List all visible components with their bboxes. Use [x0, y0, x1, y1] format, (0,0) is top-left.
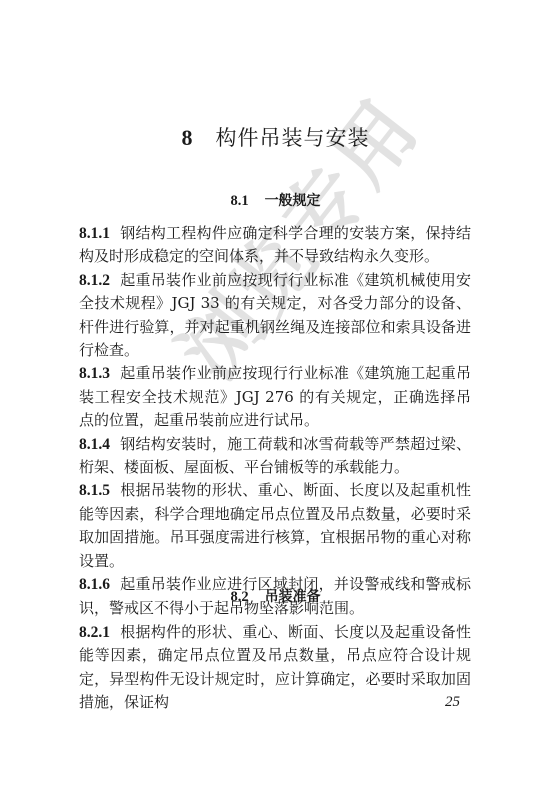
clause-8-1-3: 8.1.3起重吊装作业前应按现行行业标准《建筑施工起重吊装工程安全技术规范》JG… [79, 362, 471, 432]
section-title-text: 一般规定 [265, 193, 321, 209]
clause-text: 根据吊装物的形状、重心、断面、长度以及起重机性能等因素，科学合理地确定吊点位置及… [79, 481, 471, 569]
chapter-title-text: 构件吊装与安装 [216, 126, 370, 150]
chapter-number: 8 [182, 125, 194, 150]
page-number: 25 [445, 694, 460, 711]
clause-8-1-1: 8.1.1钢结构工程构件应确定科学合理的安装方案，保持结构及时形成稳定的空间体系… [79, 222, 471, 269]
section-8-2-body: 8.2.1根据构件的形状、重心、断面、长度以及起重设备性能等因素，确定吊点位置及… [79, 621, 471, 715]
clause-8-2-1: 8.2.1根据构件的形状、重心、断面、长度以及起重设备性能等因素，确定吊点位置及… [79, 621, 471, 715]
clause-text: 起重吊装作业前应按现行行业标准《建筑机械使用安全技术规程》JGJ 33 的有关规… [79, 271, 471, 359]
section-8-1-body: 8.1.1钢结构工程构件应确定科学合理的安装方案，保持结构及时形成稳定的空间体系… [79, 222, 471, 620]
clause-number: 8.1.1 [79, 225, 110, 242]
clause-number: 8.1.4 [79, 436, 110, 453]
section-title-text: 吊装准备 [265, 589, 321, 605]
clause-number: 8.2.1 [79, 624, 110, 641]
clause-number: 8.1.3 [79, 365, 110, 382]
clause-text: 钢结构安装时，施工荷载和冰雪荷载等严禁超过梁、桁架、楼面板、屋面板、平台铺板等的… [79, 435, 471, 476]
clause-8-1-4: 8.1.4钢结构安装时，施工荷载和冰雪荷载等严禁超过梁、桁架、楼面板、屋面板、平… [79, 433, 471, 480]
chapter-title: 8构件吊装与安装 [0, 122, 551, 152]
clause-8-1-2: 8.1.2起重吊装作业前应按现行行业标准《建筑机械使用安全技术规程》JGJ 33… [79, 269, 471, 363]
section-heading-8-2: 8.2吊装准备 [0, 586, 551, 606]
section-number: 8.1 [230, 193, 248, 209]
clause-text: 钢结构工程构件应确定科学合理的安装方案，保持结构及时形成稳定的空间体系，并不导致… [79, 224, 471, 265]
section-heading-8-1: 8.1一般规定 [0, 190, 551, 210]
clause-text: 根据构件的形状、重心、断面、长度以及起重设备性能等因素，确定吊点位置及吊点数量，… [79, 623, 471, 711]
section-number: 8.2 [230, 589, 248, 605]
clause-number: 8.1.2 [79, 272, 110, 289]
document-page: 浏览专用 8构件吊装与安装 8.1一般规定 8.1.1钢结构工程构件应确定科学合… [0, 0, 551, 790]
clause-8-1-5: 8.1.5根据吊装物的形状、重心、断面、长度以及起重机性能等因素，科学合理地确定… [79, 479, 471, 573]
clause-text: 起重吊装作业前应按现行行业标准《建筑施工起重吊装工程安全技术规范》JGJ 276… [79, 364, 471, 429]
clause-number: 8.1.5 [79, 482, 110, 499]
